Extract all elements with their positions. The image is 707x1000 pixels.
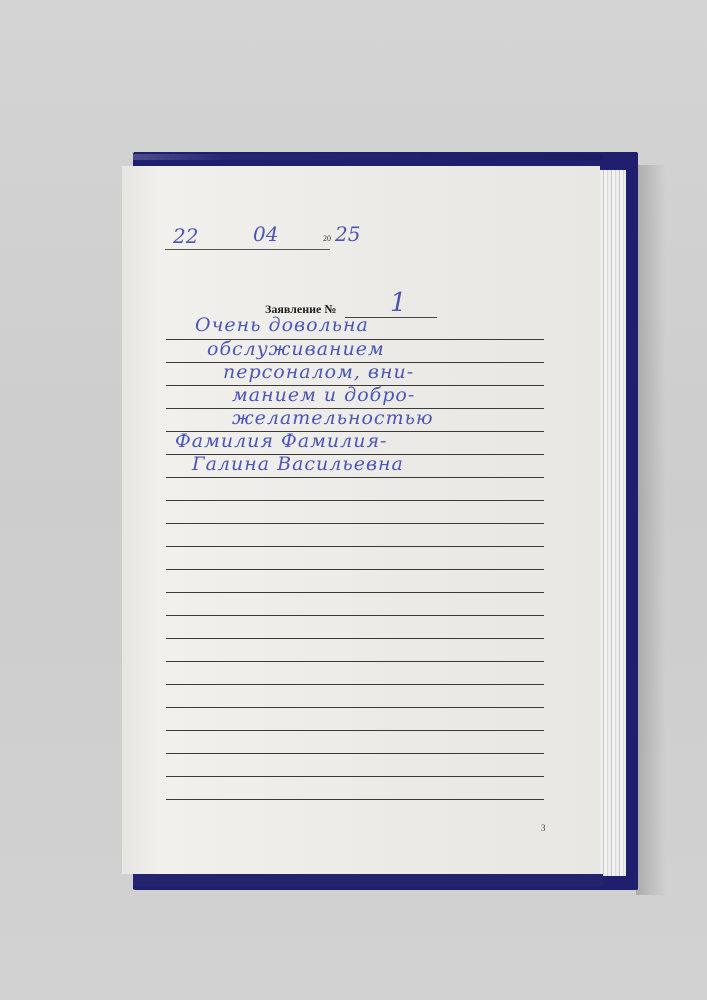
handwritten-line: Фамилия Фамилия- xyxy=(175,430,387,452)
handwritten-line: манием и добро- xyxy=(232,384,415,406)
handwritten-line: Очень довольна xyxy=(195,314,369,336)
ruled-line xyxy=(166,523,544,524)
date-month: 04 xyxy=(253,222,278,246)
book-shadow xyxy=(636,165,666,895)
date-year-prefix: 20 xyxy=(323,234,331,243)
ruled-line xyxy=(166,638,544,639)
cover-bottom-edge xyxy=(133,874,603,886)
handwritten-line: обслуживанием xyxy=(207,338,385,360)
handwritten-line: Галина Васильевна xyxy=(192,453,404,475)
ruled-line xyxy=(166,730,544,731)
ruled-line xyxy=(166,707,544,708)
date-field: 22 04 20 25 xyxy=(165,222,385,252)
ruled-line xyxy=(166,500,544,501)
cover-edge xyxy=(133,154,603,160)
ruled-line xyxy=(166,592,544,593)
handwritten-line: персоналом, вни- xyxy=(223,361,414,383)
ruled-line xyxy=(166,661,544,662)
page-stack-edge xyxy=(596,170,626,876)
date-underline xyxy=(165,249,330,250)
date-year: 25 xyxy=(335,222,360,246)
ruled-line xyxy=(166,615,544,616)
journal-page xyxy=(122,166,600,874)
date-day: 22 xyxy=(173,224,198,248)
ruled-line xyxy=(166,684,544,685)
application-number: 1 xyxy=(390,288,407,318)
ruled-line xyxy=(166,477,544,478)
ruled-line xyxy=(166,799,544,800)
page-number: 3 xyxy=(541,823,546,833)
ruled-line xyxy=(166,546,544,547)
ruled-line xyxy=(166,569,544,570)
handwritten-line: желательностью xyxy=(232,407,434,429)
ruled-line xyxy=(166,776,544,777)
ruled-line xyxy=(166,753,544,754)
